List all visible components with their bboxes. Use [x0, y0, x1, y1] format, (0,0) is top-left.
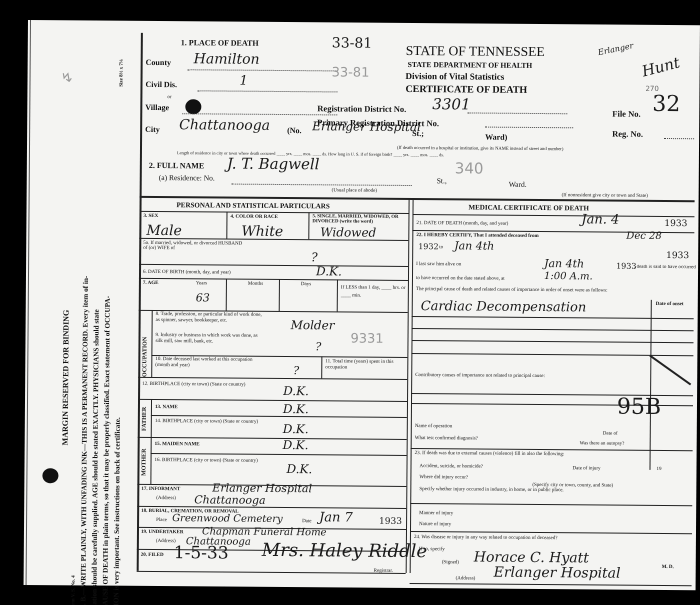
color-value: White — [241, 224, 283, 240]
md-label: M. D. — [662, 565, 674, 570]
spouse-value: ? — [311, 250, 318, 264]
row-line — [410, 503, 692, 506]
city-value: Chattanooga — [179, 117, 270, 134]
last-worked-label: 10. Date deceased last worked at this oc… — [155, 357, 255, 370]
no-label: (No. — [287, 126, 302, 135]
nature-label: Nature of injury — [419, 522, 451, 527]
father-name-value: D.K. — [283, 402, 309, 416]
filed-value: 1-5-33 — [174, 543, 229, 563]
cell-line — [308, 212, 309, 239]
last-saw-value: Jan 4th — [544, 257, 584, 270]
attended-to-year: 1933 — [666, 251, 689, 261]
row-line — [138, 377, 407, 380]
months-label: Months — [248, 282, 263, 287]
village-label: Village — [145, 103, 169, 112]
industry-pencil-code: 9331 — [350, 332, 383, 347]
residence-label: (a) Residence: No. — [159, 173, 215, 182]
dod-value: Jan. 4 — [581, 212, 619, 227]
burial-date-value: Jan 7 — [319, 510, 353, 525]
row-line — [138, 399, 407, 402]
less-than-day-label: If LESS than 1 day, ____ hrs. or ____ mi… — [341, 284, 407, 301]
informant-address-label: (Address) — [156, 496, 176, 501]
if-so-label: If so, specify — [419, 547, 445, 552]
st-label-2: St., — [437, 176, 447, 185]
residence-line — [232, 184, 412, 186]
margin-pencil-mark: ↯ — [59, 69, 75, 88]
marital-label: 5. SINGLE, MARRIED, WIDOWED, OR DIVORCED… — [312, 214, 406, 225]
row-line — [151, 453, 407, 456]
contributory-label: Contributory causes of importance not re… — [415, 373, 545, 379]
certify-label: 22. I HEREBY CERTIFY, That I attended de… — [416, 233, 538, 239]
year-prefix: 19 — [656, 467, 661, 472]
size-note: Size 8½ x 7⅛ — [119, 59, 124, 86]
city-label: City — [145, 125, 160, 134]
principal-cause-value: Cardiac Decompensation — [421, 299, 587, 315]
paper-edge — [26, 20, 31, 585]
date-onset-label: Date of onset — [656, 302, 684, 307]
file-stamp: 270 — [645, 85, 658, 93]
injury-date-label: Date of injury — [572, 466, 600, 471]
cell-line — [279, 279, 280, 311]
county-line — [188, 69, 338, 71]
cross-out-mark — [649, 355, 691, 386]
attended-from-year: 1932 — [418, 242, 438, 251]
industry-value: ? — [315, 340, 321, 353]
form-number: Form V. S. No. 4 — [71, 575, 76, 605]
physician-address-label: (Address) — [456, 576, 476, 581]
autopsy-label: Was there an autopsy? — [580, 441, 625, 446]
registration-district-value: 3301 — [432, 95, 470, 113]
cell-line — [151, 310, 153, 377]
punch-hole-top — [185, 99, 201, 114]
mother-birthplace-value: D.K. — [286, 462, 312, 476]
father-side-label: FATHER — [142, 407, 148, 431]
state-title: STATE OF TENNESSEE — [406, 43, 545, 60]
cell-line — [150, 399, 152, 484]
margin-instructions-4: TION is very important. See instructions… — [112, 417, 122, 605]
st-label: St.; — [412, 129, 424, 138]
last-saw-label: I last saw him alive on — [416, 262, 461, 267]
mother-maiden-label: 15. MAIDEN NAME — [155, 442, 200, 447]
cell-line — [226, 212, 227, 239]
to-label: to — [439, 245, 443, 250]
row-line — [138, 437, 407, 440]
column-divider — [406, 198, 410, 573]
primary-district-label: Primary Registration District No. — [317, 117, 439, 128]
years-label: Years — [196, 281, 207, 286]
county-value: Hamilton — [194, 51, 260, 68]
age-label: 7. AGE — [143, 281, 159, 286]
dob-label: 6. DATE OF BIRTH (month, day, and year) — [143, 270, 231, 276]
row-line — [139, 211, 408, 214]
burial-place-value: Greenwood Cemetery — [172, 513, 283, 525]
row-line — [137, 571, 406, 574]
mother-birthplace-label: 16. BIRTHPLACE (city or town) (State or … — [155, 457, 265, 465]
civil-dis-line — [197, 90, 337, 92]
undertaker-address-label: (Address) — [156, 539, 176, 544]
row-line — [410, 583, 692, 586]
attended-to-value: Jan 4th — [454, 239, 494, 252]
dod-year: 1933 — [664, 219, 687, 229]
department-title: STATE DEPARTMENT OF HEALTH — [408, 60, 533, 70]
total-time-label: 11. Total time (years) spent in this occ… — [325, 359, 405, 372]
trade-value: Molder — [291, 318, 335, 332]
onset-column-line — [649, 300, 651, 470]
nonresident-note: (If nonresident give city or town and St… — [562, 193, 648, 199]
operation-date-label: Date of — [603, 432, 618, 437]
mother-maiden-value: D.K. — [283, 438, 309, 452]
occurred-label: to have occurred on the date stated abov… — [416, 276, 505, 282]
margin-binding-label: MARGIN RESERVED FOR BINDING — [61, 310, 71, 446]
file-no-label: File No. — [612, 109, 640, 119]
occupation-related-label: 24. Was disease or injury in any way rel… — [414, 535, 558, 541]
annotation-erlanger: Erlanger — [597, 41, 634, 57]
attended-from-value: Dec 28 — [626, 231, 662, 242]
dob-value: D.K. — [316, 264, 342, 278]
burial-place-label: Place — [156, 518, 167, 523]
specify-injury-label: Specify whether injury occurred in indus… — [419, 487, 563, 493]
certificate-title: CERTIFICATE OF DEATH — [405, 84, 527, 96]
where-injury-label: Where did injury occur? — [419, 475, 468, 480]
marital-value: Widowed — [320, 225, 376, 239]
reg-dist-line — [467, 112, 567, 114]
margin-instructions-2: mation should be carefully supplied. AGE… — [90, 309, 100, 605]
external-causes-label: 23. If death was due to external causes … — [415, 451, 565, 457]
color-label: 4. COLOR OR RACE — [230, 215, 278, 220]
signed-label: (Signed) — [442, 560, 459, 565]
physician-address-value: Erlanger Hospital — [494, 565, 621, 582]
birthplace-value: D.K. — [283, 384, 309, 398]
dod-label: 21. DATE OF DEATH (month, day, and year) — [416, 221, 508, 227]
father-birthplace-value: D.K. — [283, 422, 309, 436]
pencil-number-2: 33-81 — [332, 65, 370, 80]
filed-label: 20. FILED — [141, 553, 164, 558]
cell-line — [321, 356, 322, 378]
margin-instructions-3: CAUSE OF DEATH in plain terms, so that i… — [101, 296, 111, 605]
days-label: Days — [301, 282, 311, 287]
mother-side-label: MOTHER — [141, 449, 147, 476]
spouse-label: 5a. If married, widowed, or divorced HUS… — [143, 241, 243, 252]
undertaker-label: 19. UNDERTAKER — [141, 530, 184, 535]
county-label: County — [146, 58, 171, 67]
pencil-number-1: 33-81 — [332, 35, 372, 51]
father-name-label: 13. NAME — [155, 405, 178, 410]
sex-value: Male — [146, 223, 182, 239]
last-worked-value: ? — [293, 364, 299, 377]
operation-label: Name of operation — [415, 424, 453, 429]
row-line — [139, 264, 408, 267]
civil-dis-value: 1 — [239, 74, 247, 89]
medical-section-title: MEDICAL CERTIFICATE OF DEATH — [469, 203, 589, 212]
accident-label: Accident, suicide, or homicide? — [419, 464, 482, 469]
hospital-note: (If death occurred in a hospital or inst… — [397, 145, 563, 151]
division-title: Division of Vital Statistics — [406, 71, 505, 82]
informant-label: 17. INFORMANT — [141, 487, 180, 492]
or-label: or — [167, 95, 171, 100]
full-name-value: J. T. Bagwell — [227, 155, 320, 174]
principal-cause-label: The principal cause of death and related… — [416, 287, 691, 295]
manner-label: Manner of injury — [419, 511, 453, 516]
primary-line — [485, 127, 573, 129]
cause-code: 95B — [617, 395, 661, 420]
file-no-value: 32 — [652, 92, 680, 117]
place-of-death-heading: 1. PLACE OF DEATH — [181, 38, 259, 48]
age-years-value: 63 — [196, 291, 210, 304]
trade-label: 8. Trade, profession, or particular kind… — [156, 312, 266, 325]
time-value: 1:00 A.m. — [544, 271, 593, 282]
ward-label-2: Ward. — [509, 180, 527, 189]
name-pencil-note: 340 — [455, 159, 484, 177]
ward-label: Ward) — [485, 133, 507, 142]
burial-year-value: 1933 — [379, 517, 402, 527]
village-line — [182, 113, 337, 115]
occupation-side-label: OCCUPATION — [142, 337, 148, 377]
civil-dis-label: Civil Dis. — [145, 80, 177, 89]
column-divider-2 — [410, 198, 414, 573]
reg-no-label: Reg. No. — [612, 129, 643, 139]
burial-date-label: Date — [302, 519, 311, 524]
physician-signature: Horace C. Hyatt — [474, 550, 589, 567]
industry-label: 9. Industry or business in which work wa… — [155, 333, 265, 346]
informant-address-value: Chattanooga — [194, 493, 265, 507]
birthplace-label: 12. BIRTHPLACE (city or town) (State or … — [142, 381, 252, 389]
margin-instructions-1: N. B.—WRITE PLAINLY, WITH UNFADING INK—T… — [79, 276, 90, 605]
usual-abode-note: (Usual place of abode) — [332, 188, 377, 193]
test-label: What test confirmed diagnosis? — [415, 436, 478, 441]
cell-line — [226, 279, 227, 311]
death-certificate: MARGIN RESERVED FOR BINDING N. B.—WRITE … — [24, 20, 700, 590]
row-line — [139, 278, 408, 281]
annotation-hunt: Hunt — [640, 53, 682, 80]
sex-label: 3. SEX — [143, 214, 158, 219]
registration-district-label: Registration District No. — [317, 103, 406, 114]
punch-hole-bottom — [42, 468, 58, 483]
full-name-label: 2. FULL NAME — [149, 161, 204, 170]
father-birthplace-label: 14. BIRTHPLACE (city or town) (State or … — [155, 418, 265, 426]
reg-no-line — [664, 138, 694, 139]
row-line — [412, 214, 694, 217]
registrar-signature: Mrs. Haley Riddle — [262, 540, 427, 562]
personal-section-title: PERSONAL AND STATISTICAL PARTICULARS — [177, 201, 330, 210]
cell-line — [337, 279, 338, 311]
death-said-label: , death is said to have occurred on the … — [634, 265, 696, 270]
row-line — [410, 531, 692, 534]
